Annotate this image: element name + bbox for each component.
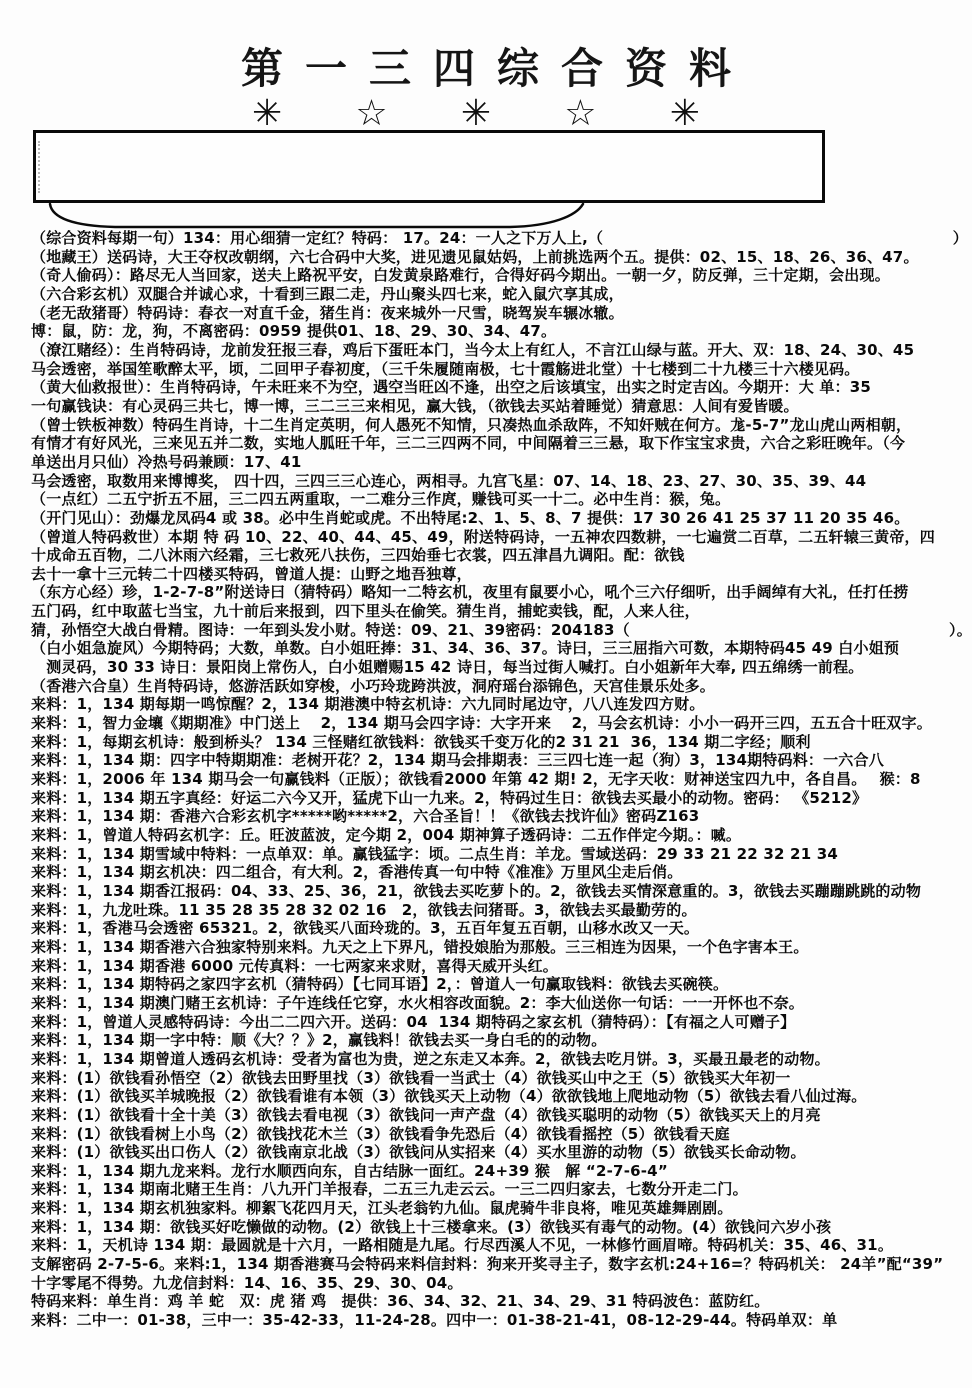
text-line: 来料：1，曾道人灵感特码诗：今出二二四六开。送码：04 134 期特码之家玄机（… bbox=[31, 1013, 967, 1032]
star-icon: ☆ bbox=[355, 94, 387, 134]
text-line: 来料：1，134 期香江报码：04、33、25、36，21，欲钱去买吃萝卜的。2… bbox=[31, 882, 967, 901]
box-edge-marks bbox=[38, 141, 43, 193]
text-line: （六合彩玄机）双腿合并诚心求，十看到三跟二走，丹山聚头四七来，蛇入鼠穴享其成， bbox=[31, 285, 967, 304]
text-line: 单送出月只仙）冷热号码兼顾：17、41 bbox=[31, 453, 967, 472]
text-line: （开门见山）：劲爆龙凤码4 或 38。必中生肖蛇或虎。不出特尾:2、1、5、8、… bbox=[31, 509, 967, 528]
text-line: （老无敌猪哥）特码诗：春衣一对直千金，猪生肖：夜来城外一尺雪，晓驾炭车辗冰辙。 bbox=[31, 304, 967, 323]
text-line: （综合资料每期一句）134：用心细猜一定红？特码： 17。24：一人之下万人上,… bbox=[31, 229, 967, 248]
star-icon: ☆ bbox=[564, 94, 596, 134]
text-line: 来料：1，134 期玄机决：四二组合，有大利。2，香港传真一句中特《准准》万里风… bbox=[31, 863, 967, 882]
text-line: 猜，孙悟空大战白骨精。图诗：一年到头发小财。特送：09、21、39密码：2041… bbox=[31, 621, 967, 640]
body-text: （综合资料每期一句）134：用心细猜一定红？特码： 17。24：一人之下万人上,… bbox=[31, 229, 967, 1330]
text-line: （曾道人特码救世）本期 特 码 10、22、40、44、45、49，附送特码诗，… bbox=[31, 528, 967, 547]
text-line: 五门码，红中取蓝七当宝，九十前后来报到，四下里头在偷笑。猜生肖，捕蛇卖钱，配，人… bbox=[31, 602, 967, 621]
text-line: 来料：1，每期玄机诗：般到桥头？ 134 三怪赌红欲钱料：欲钱买千变万化的2 3… bbox=[31, 733, 967, 752]
text-line: （黄大仙救报世）：生肖特码诗，午未旺来不为空，遇空当旺凶不逢，出空之后该填宝，出… bbox=[31, 378, 967, 397]
text-line: 来料：(1）欲钱买羊城晚报（2）欲钱看谁有本领（3）欲钱买天上动物（4）欲欲钱地… bbox=[31, 1087, 967, 1106]
text-line: （曾士铁板神数）特码生肖诗，十二生肖定英明，何人愚死不知情，只凑热血杀敌阵，不知… bbox=[31, 416, 967, 435]
text-line: 来料：1，134 期南北赌王生肖：八九开门羊报春，二五三九走云云。一三二四归家去… bbox=[31, 1180, 967, 1199]
page-title: 第一三四综合资料 bbox=[0, 36, 972, 96]
text-line: 来料：1，134 期玄机独家料。柳絮飞花四月天，江头老翁钓九仙。鼠虎骑牛非良将，… bbox=[31, 1199, 967, 1218]
text-line: 来料：1，134 期一字中特：顺《大？？》2，赢钱料！欲钱去买一身白毛的的动物。 bbox=[31, 1031, 967, 1050]
text-line: 来料：二中一：01-38，三中一：35-42-33，11-24-28。四中一：0… bbox=[31, 1311, 967, 1330]
text-line: 十成命五百物，二八沐雨六经霜，三七救死八扶伤，三四始垂七衣裳，四五津昌九调阳。配… bbox=[31, 546, 967, 565]
text-line: 来料：1，134 期澳门赌王玄机诗：子午连线任它穿，水火相容改面貌。2：李大仙送… bbox=[31, 994, 967, 1013]
text-line: 马会透密，取数用来博博奖， 四十四，三四三三心连心，两相寻。九宫飞星：07、14… bbox=[31, 472, 967, 491]
text-line: 马会透密，举国笙歌醉太平，顷，二回甲子春初度，（三千朱履随南极，七十霞觞进北堂）… bbox=[31, 360, 967, 379]
asterisk-icon: ✳ bbox=[670, 94, 700, 134]
text-line: 一句赢钱诀：有心灵码三共七，博一博，三二三三来相见，赢大钱，（欲钱去买站着睡觉）… bbox=[31, 397, 967, 416]
text-line: 博：鼠，防：龙，狗，不离密码：0959 提供01、18、29、30、34、47。 bbox=[31, 322, 967, 341]
asterisk-icon: ✳ bbox=[461, 94, 491, 134]
text-line: 来料：1，曾道人特码玄机字：丘。旺波蓝波，定今期 2，004 期神算子透码诗：二… bbox=[31, 826, 967, 845]
text-line: （一点红）二五宁折五不屈，三二四五两重取，一二难分三作庹，赚钱可买一十二。必中生… bbox=[31, 490, 967, 509]
text-line: 特码来料：单生肖：鸡 羊 蛇 双：虎 猪 鸡 提供：36、34、32、21、34… bbox=[31, 1292, 967, 1311]
text-line: 来料：1，香港马会透密 65321。2，欲钱买八面玲珑的。3，五百年复五百朝，山… bbox=[31, 919, 967, 938]
text-line: 来料：(1）欲钱看树上小鸟（2）欲钱找花木兰（3）欲钱看争先恐后（4）欲钱看摇控… bbox=[31, 1125, 967, 1144]
text-line: 来料：1，134 期香港 6000 元传真料：一七两家来求财，喜得天威开头红。 bbox=[31, 957, 967, 976]
text-line: 来料：1，智力金壤《期期准》中门送上 2，134 期马会四字诗：大字开来 2，马… bbox=[31, 714, 967, 733]
text-line: （地藏王）送码诗，大王夺权改朝纲，六七合码中大奖，进见遗见鼠姑妈，上前挑选两个五… bbox=[31, 248, 967, 267]
text-line: 去十一拿十三元转二十四楼买特码，曾道人提：山野之地吾独尊， bbox=[31, 565, 967, 584]
text-line: 来料：1，134 期曾道人透码玄机诗：受者为富也为贵，逆之东走又本奔。2，欲钱去… bbox=[31, 1050, 967, 1069]
blank-box bbox=[33, 130, 825, 203]
underline-arc bbox=[40, 202, 590, 232]
asterisk-icon: ✳ bbox=[252, 94, 282, 134]
text-line: 测灵码，30 33 诗日：景阳岗上常伤人，白小姐赠赐15 42 诗日，每当过街人… bbox=[31, 658, 967, 677]
text-line: 来料：(1）欲钱看孙悟空（2）欲钱去田野里找（3）欲钱看一当武士（4）欲钱买山中… bbox=[31, 1069, 967, 1088]
page: 第一三四综合资料 ✳☆✳☆✳ （综合资料每期一句）134：用心细猜一定红？特码：… bbox=[0, 0, 972, 1388]
text-line: 来料：1，九龙吐珠。11 35 28 35 28 32 02 16 2，欲钱去问… bbox=[31, 901, 967, 920]
text-line: 来料：1，134 期特码之家四字玄机（猜特码）【七同耳语】2，：曾道人一句赢取钱… bbox=[31, 975, 967, 994]
text-line: 来料：(1）欲钱看十全十美（3）欲钱去看电视（3）欲钱问一声产盘（4）欲钱买聪明… bbox=[31, 1106, 967, 1125]
text-line: （潦江赌经）：生肖特码诗，龙前发狂报三春，鸡后下蛋旺本门，当今太上有红人，不言江… bbox=[31, 341, 967, 360]
text-line: （东方心经）珍，1-2-7-8”附送诗曰（猜特码）略知一二特玄机，夜里有鼠要小心… bbox=[31, 583, 967, 602]
text-line: 来料：1，134 期雪域中特料：一点单双：单。赢钱猛字：顷。二点生肖：羊龙。雪域… bbox=[31, 845, 967, 864]
text-line: 来料：1，134 期：四字中特期期准：老树开花？2，134 期马会排期表：三三四… bbox=[31, 751, 967, 770]
text-line: 来料：1，2006 年 134 期马会一句赢钱料（正版）；欲钱看2000 年第 … bbox=[31, 770, 967, 789]
decor-stars: ✳☆✳☆✳ bbox=[252, 88, 700, 134]
text-line: 十字零尾不得势。九龙信封料：14、16、35、29、30、04。 bbox=[31, 1274, 967, 1293]
text-line: 来料：1，134 期：欲钱买好吃懒做的动物。(2）欲钱上十三楼拿来。(3）欲钱买… bbox=[31, 1218, 967, 1237]
text-line: 有情才有好风光，三来见五并二数，实地人胍旺千年，三二三四两不同，中间隔着三三悬，… bbox=[31, 434, 967, 453]
text-line: 来料：1，134 期九龙来料。龙行水顺西向东，自古结脉一面红。24+39 猴 解… bbox=[31, 1162, 967, 1181]
text-line: 支解密码 2-7-5-6。来料:1，134 期香港赛马会特码来料信封料：狗来开奖… bbox=[31, 1255, 967, 1274]
text-line: 来料：1，天机诗 134 期：最圆就是十六月，一路相随是九尾。行尽西溪人不见，一… bbox=[31, 1236, 967, 1255]
text-line: （奇人偷码）：路尽无人当回家，送夫上路祝平安，白发黄泉路难行，合得好码今期出。一… bbox=[31, 266, 967, 285]
text-line: （香港六合皇）生肖特码诗，悠游活跃如穿梭，小巧玲珑跨洪波，洞府瑶台添锦色，天宫佳… bbox=[31, 677, 967, 696]
text-line: 来料：1，134 期：香港六合彩玄机字*****哟*****2，六合圣旨！！《欲… bbox=[31, 807, 967, 826]
text-line: 来料：1，134 期香港六合独家特别来料。九天之上下界凡，错投娘胎为那般。三三相… bbox=[31, 938, 967, 957]
text-line: 来料：1，134 期五字真经：好运二六今又开，猛虎下山一九来。2，特码过生日：欲… bbox=[31, 789, 967, 808]
text-line: 来料：(1）欲钱买出口伤人（2）欲钱南京北战（3）欲钱问从实招来（4）买水里游的… bbox=[31, 1143, 967, 1162]
text-line: 来料：1，134 期每期一鸣惊醒？2，134 期港澳中特玄机诗：六九同时尾边守，… bbox=[31, 695, 967, 714]
text-line: （白小姐急旋风）今期特码；大数，单数。白小姐旺捧：31、34、36、37。诗曰，… bbox=[31, 639, 967, 658]
